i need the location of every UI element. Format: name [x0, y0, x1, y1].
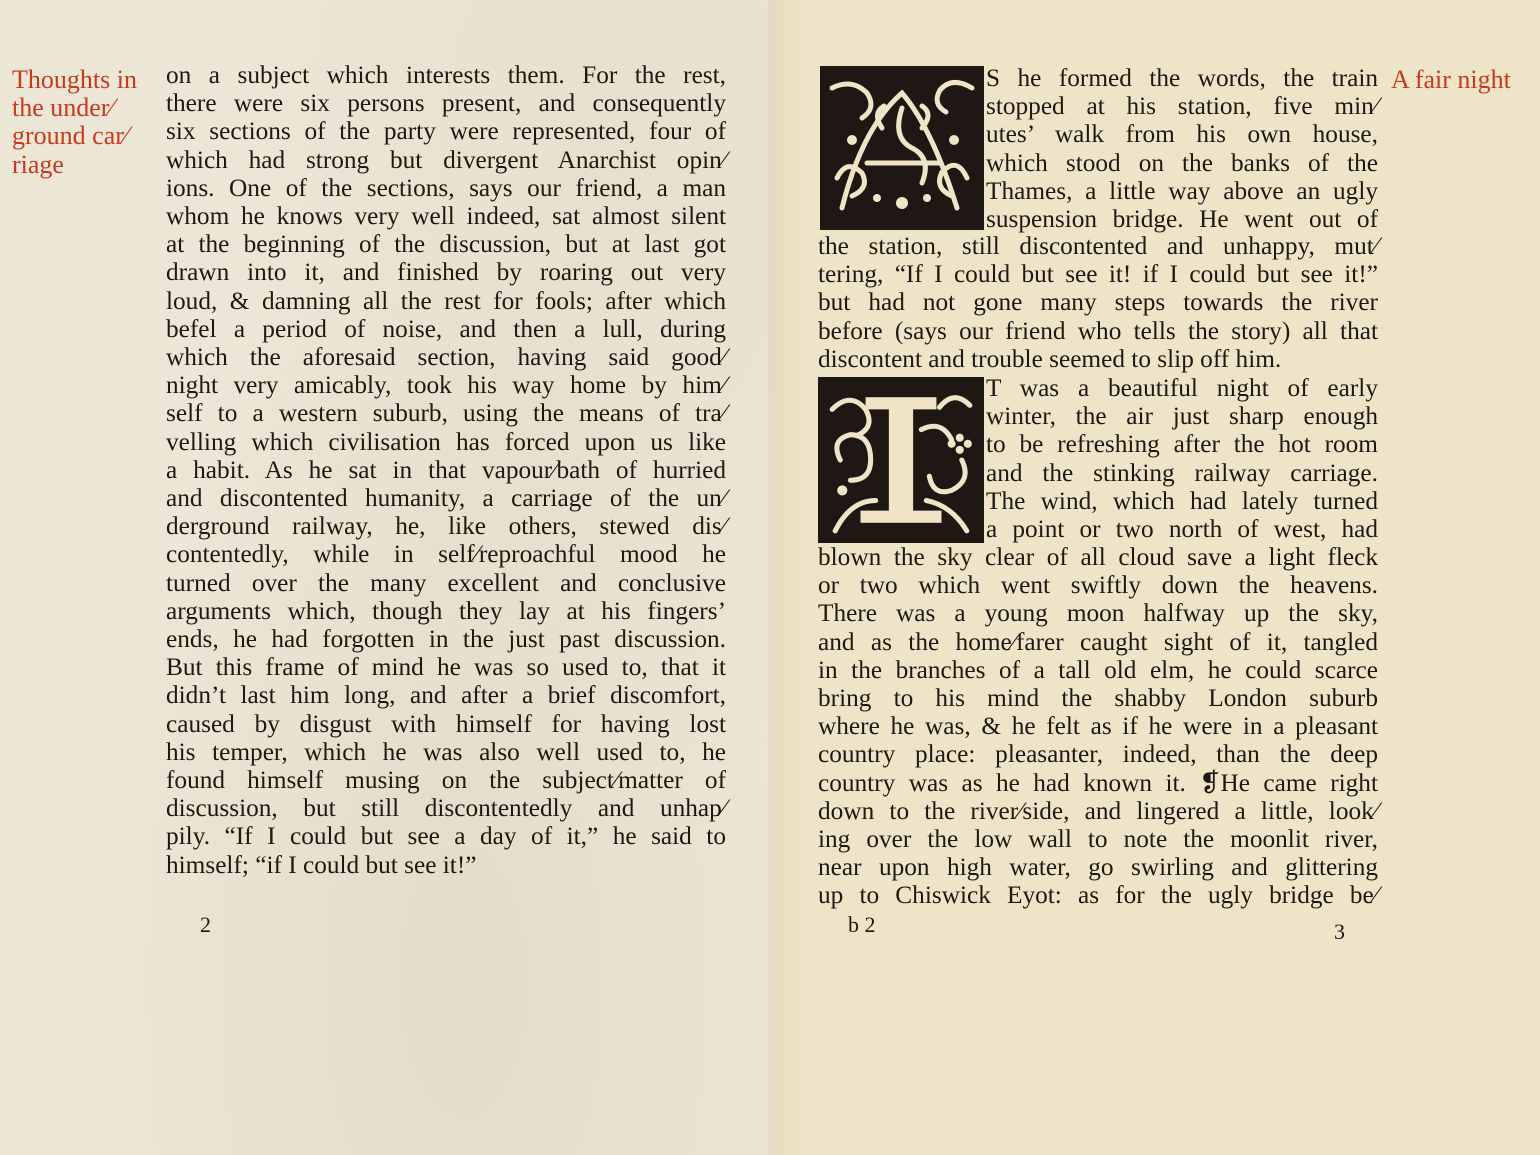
text-line: discussion, but still discontentedly and…	[166, 794, 726, 822]
text-line: and the stinking railway carriage.	[986, 459, 1378, 487]
text-line: blown the sky clear of all cloud save a …	[818, 543, 1378, 571]
text-line: where he was, & he felt as if he were in…	[818, 712, 1378, 740]
text-line: there were six persons present, and cons…	[166, 89, 726, 117]
text-line: which had strong but divergent Anarchist…	[166, 146, 726, 174]
text-line: contentedly, while in self⁄reproachful m…	[166, 540, 726, 568]
text-line: his temper, which he was also well used …	[166, 738, 726, 766]
text-line: S he formed the words, the train	[986, 64, 1378, 92]
text-line: But this frame of mind he was so used to…	[166, 653, 726, 681]
text-line: country was as he had known it. ❡He came…	[818, 769, 1378, 797]
text-line: and as the home⁄farer caught sight of it…	[818, 628, 1378, 656]
right-sidenote: A fair night	[1391, 66, 1536, 94]
text-line: up to Chiswick Eyot: as for the ugly bri…	[818, 881, 1378, 909]
text-line: ends, he had forgotten in the just past …	[166, 625, 726, 653]
floral-initial-i-icon	[820, 379, 982, 541]
text-line: which stood on the banks of the	[986, 149, 1378, 177]
text-line: to be refreshing after the hot room	[986, 430, 1378, 458]
text-line: ions. One of the sections, says our frie…	[166, 174, 726, 202]
text-line: whom he knows very well indeed, sat almo…	[166, 202, 726, 230]
text-line: six sections of the party were represent…	[166, 117, 726, 145]
text-line: There was a young moon halfway up the sk…	[818, 599, 1378, 627]
signature-mark: b 2	[848, 913, 876, 937]
text-line: winter, the air just sharp enough	[986, 402, 1378, 430]
text-line: didn’t last him long, and after a brief …	[166, 681, 726, 709]
sidenote-line: ground car⁄	[12, 122, 162, 150]
right-para1-full: the station, still discontented and unha…	[818, 232, 1378, 373]
floral-initial-a-icon	[822, 68, 982, 228]
book-gutter	[768, 0, 774, 1155]
text-line: himself; “if I could but see it!”	[166, 851, 726, 879]
text-line: found himself musing on the subject⁄matt…	[166, 766, 726, 794]
decorated-initial-a-icon	[820, 66, 984, 230]
text-line: a habit. As he sat in that vapour⁄bath o…	[166, 456, 726, 484]
text-line: self to a western suburb, using the mean…	[166, 399, 726, 427]
text-line: suspension bridge. He went out of	[986, 205, 1378, 233]
text-line: stopped at his station, five min⁄	[986, 92, 1378, 120]
sidenote-line: Thoughts in	[12, 66, 162, 94]
page-number-right: 3	[1334, 920, 1345, 944]
text-line: tering, “If I could but see it! if I cou…	[818, 260, 1378, 288]
page-number-left: 2	[200, 913, 211, 937]
text-line: derground railway, he, like others, stew…	[166, 512, 726, 540]
text-line: or two which went swiftly down the heave…	[818, 571, 1378, 599]
text-line: turned over the many excellent and concl…	[166, 569, 726, 597]
text-line: befel a period of noise, and then a lull…	[166, 315, 726, 343]
text-line: T was a beautiful night of early	[986, 374, 1378, 402]
text-line: in the branches of a tall old elm, he co…	[818, 656, 1378, 684]
decorated-initial-i-icon	[818, 377, 984, 543]
text-line: at the beginning of the discussion, but …	[166, 230, 726, 258]
text-line: loud, & damning all the rest for fools; …	[166, 287, 726, 315]
right-para2-full: blown the sky clear of all cloud save a …	[818, 543, 1378, 910]
text-line: caused by disgust with himself for havin…	[166, 710, 726, 738]
text-line: velling which civilisation has forced up…	[166, 428, 726, 456]
text-line: night very amicably, took his way home b…	[166, 371, 726, 399]
left-sidenote: Thoughts in the under⁄ ground car⁄ riage	[12, 66, 162, 179]
text-line: pily. “If I could but see a day of it,” …	[166, 822, 726, 850]
text-line: ing over the low wall to note the moonli…	[818, 825, 1378, 853]
right-para2-wrapped: T was a beautiful night of early winter,…	[986, 374, 1378, 543]
text-line: drawn into it, and finished by roaring o…	[166, 258, 726, 286]
text-line: before (says our friend who tells the st…	[818, 317, 1378, 345]
text-line: discontent and trouble seemed to slip of…	[818, 345, 1378, 373]
text-line: down to the river⁄side, and lingered a l…	[818, 797, 1378, 825]
text-line: near upon high water, go swirling and gl…	[818, 853, 1378, 881]
text-line: country place: pleasanter, indeed, than …	[818, 740, 1378, 768]
sidenote-line: the under⁄	[12, 94, 162, 122]
left-page-body: on a subject which interests them. For t…	[166, 61, 726, 879]
text-line: but had not gone many steps towards the …	[818, 288, 1378, 316]
text-line: utes’ walk from his own house,	[986, 120, 1378, 148]
sidenote-line: riage	[12, 151, 162, 179]
text-line: a point or two north of west, had	[986, 515, 1378, 543]
text-line: Thames, a little way above an ugly	[986, 177, 1378, 205]
text-line: arguments which, though they lay at his …	[166, 597, 726, 625]
text-line: on a subject which interests them. For t…	[166, 61, 726, 89]
text-line: which the aforesaid section, having said…	[166, 343, 726, 371]
text-line: bring to his mind the shabby London subu…	[818, 684, 1378, 712]
text-line: and discontented humanity, a carriage of…	[166, 484, 726, 512]
text-line: The wind, which had lately turned	[986, 487, 1378, 515]
right-para1-wrapped: S he formed the words, the train stopped…	[986, 64, 1378, 233]
text-line: the station, still discontented and unha…	[818, 232, 1378, 260]
